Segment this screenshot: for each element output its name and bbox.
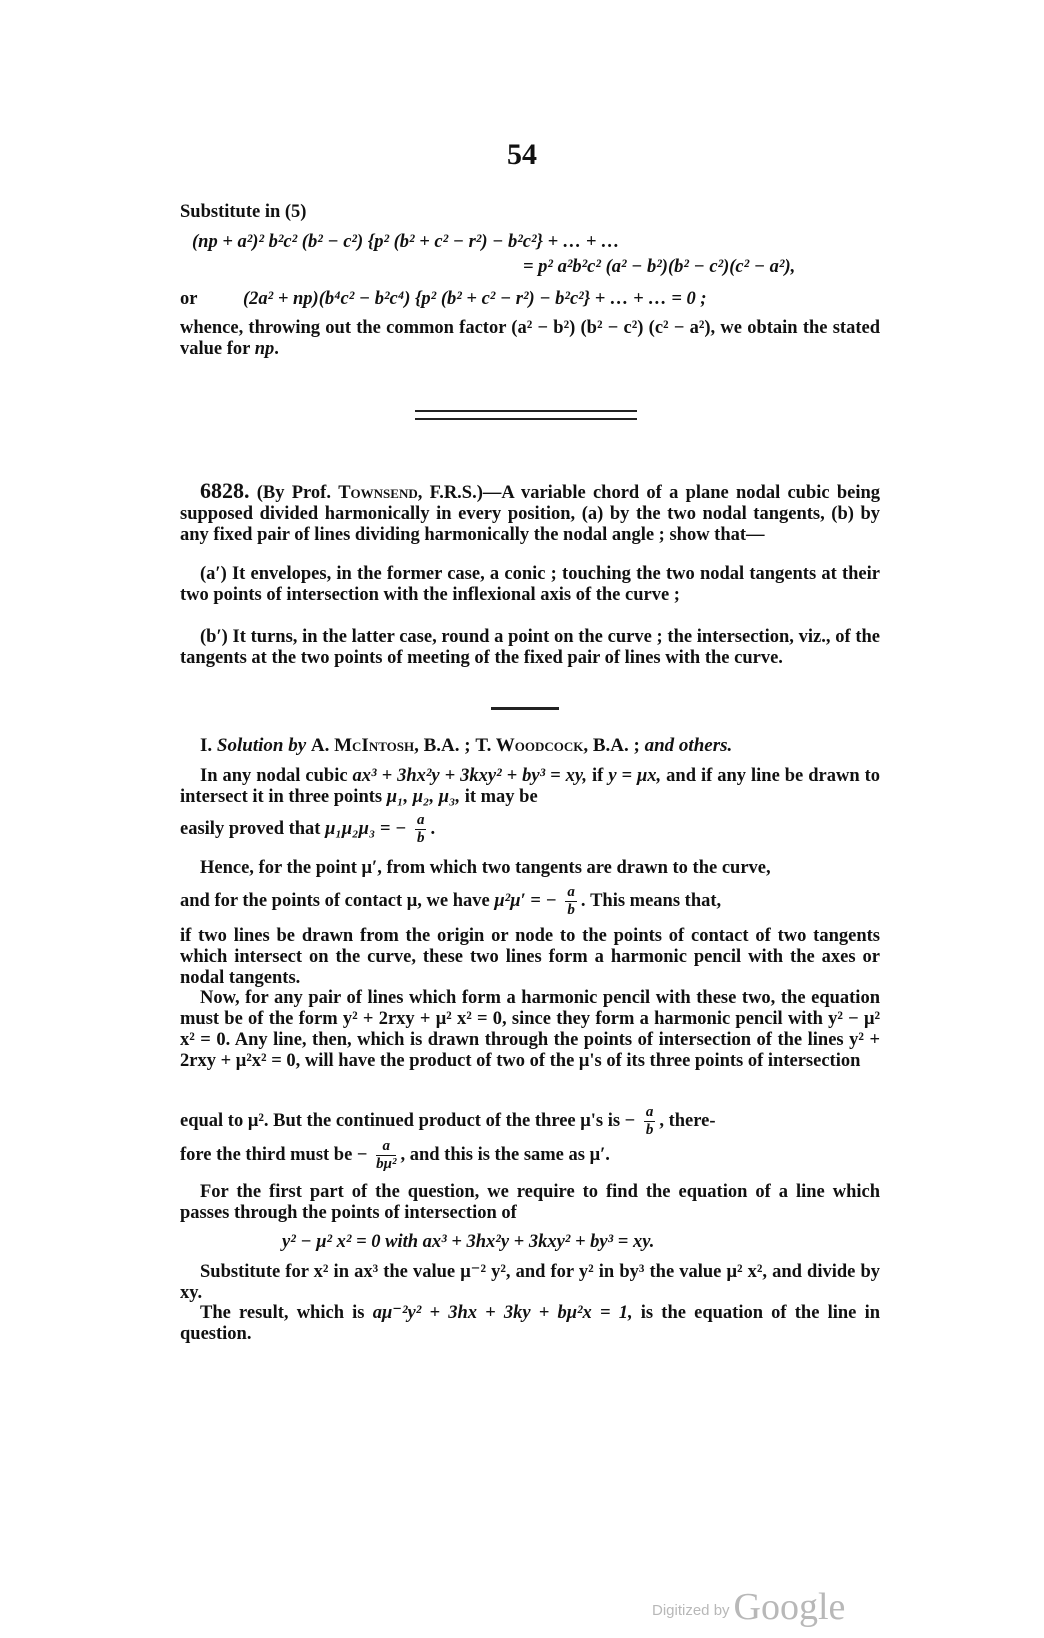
solution-paragraph-7: Substitute for x² in ax³ the value μ⁻² y… <box>180 1262 880 1304</box>
fraction-a-over-b-3: ab <box>644 1104 656 1139</box>
solution-paragraph-5: fore the third must be − abμ², and this … <box>180 1138 880 1173</box>
p1-text-may: it may be <box>465 787 538 807</box>
solution-others: and others. <box>645 735 733 756</box>
question-number: 6828. <box>200 478 250 503</box>
conclusion-period: . <box>274 339 279 359</box>
fraction-denominator: b <box>415 830 427 847</box>
conclusion-paragraph: whence, throwing out the common factor (… <box>180 318 880 360</box>
p1-mus: μ₁, μ₂, μ₃, <box>387 787 460 807</box>
or-label: or <box>180 289 220 310</box>
conclusion-variable: np <box>255 339 275 359</box>
fraction-denominator: bμ² <box>376 1156 396 1173</box>
solution-by: Solution by <box>217 735 306 756</box>
solution-paragraph-6: For the first part of the question, we r… <box>180 1182 880 1224</box>
fraction-a-over-b-mu-squared: abμ² <box>376 1138 396 1173</box>
google-logo: Google <box>734 1586 846 1628</box>
display-equation: y² − μ² x² = 0 with ax³ + 3hx²y + 3kxy² … <box>282 1232 654 1253</box>
solution-divider <box>491 707 559 710</box>
solver-1-degree: , B.A. ; <box>414 735 470 756</box>
solver-1: A. McIntosh <box>311 735 414 756</box>
fraction-a-over-b: ab <box>415 812 427 847</box>
section-divider <box>415 410 637 420</box>
fraction-numerator: a <box>644 1104 656 1122</box>
fraction-denominator: b <box>565 902 577 919</box>
p4-text: equal to μ². But the continued product o… <box>180 1111 635 1131</box>
fraction-numerator: a <box>415 812 427 830</box>
solution-paragraph-1-end: easily proved that μ₁μ₂μ₃ = − ab. <box>180 812 880 847</box>
p2-text: and for the points of contact μ, we have <box>180 891 490 911</box>
question-by: (By Prof. <box>257 483 331 503</box>
solution-number: I. <box>200 735 212 756</box>
equation-2: (2a² + np)(b⁴c² − b²c⁴) {p² (b² + c² − r… <box>243 289 707 310</box>
fraction-numerator: a <box>376 1138 396 1156</box>
solution-paragraph-2-line-2: and for the points of contact μ, we have… <box>180 884 880 919</box>
conclusion-text: whence, throwing out the common factor (… <box>180 318 880 359</box>
p1-line-equation: y = μx, <box>608 766 661 786</box>
p1-product-equation: μ₁μ₂μ₃ = − <box>325 819 406 839</box>
p8-text: The result, which is <box>200 1303 365 1323</box>
question-part-b: (b′) It turns, in the latter case, round… <box>180 627 880 669</box>
solution-paragraph-8: The result, which is aμ⁻²y² + 3hx + 3ky … <box>180 1303 880 1345</box>
fraction-numerator: a <box>565 884 577 902</box>
solution-heading: I. Solution by A. McIntosh, B.A. ; T. Wo… <box>180 735 880 756</box>
fraction-denominator: b <box>644 1122 656 1139</box>
solution-paragraph-4: equal to μ². But the continued product o… <box>180 1104 880 1139</box>
substitute-intro: Substitute in (5) <box>180 202 880 223</box>
solution-paragraph-2-line-1: Hence, for the point μ′, from which two … <box>180 858 880 879</box>
solver-2: T. Woodcock <box>475 735 583 756</box>
p2-text-means: . This means that, <box>581 891 721 911</box>
p5-text: fore the third must be − <box>180 1145 367 1165</box>
p4-text-therefore: , there- <box>659 1111 715 1131</box>
p5-text-same: , and this is the same as μ′. <box>400 1145 609 1165</box>
solution-paragraph-2-rest: if two lines be drawn from the origin or… <box>180 926 880 989</box>
question-part-a: (a′) It envelopes, in the former case, a… <box>180 564 880 606</box>
p1-text: In any nodal cubic <box>200 766 348 786</box>
p1-cubic-equation: ax³ + 3hx²y + 3kxy² + by³ = xy, <box>353 766 587 786</box>
equation-1-line-1: (np + a²)² b²c² (b² − c²) {p² (b² + c² −… <box>192 232 620 253</box>
digitized-by-label: Digitized by <box>652 1602 730 1619</box>
solution-paragraph-1: In any nodal cubic ax³ + 3hx²y + 3kxy² +… <box>180 766 880 808</box>
question-6828: 6828. (By Prof. Townsend, F.R.S.)—A vari… <box>180 480 880 546</box>
p1-text-proved: easily proved that <box>180 819 320 839</box>
page-number: 54 <box>0 138 1044 172</box>
digitized-by-google-watermark: Digitized by Google <box>652 1585 845 1629</box>
equation-1-line-2: = p² a²b²c² (a² − b²)(b² − c²)(c² − a²), <box>523 257 795 278</box>
fraction-a-over-b-2: ab <box>565 884 577 919</box>
solver-2-degree: , B.A. ; <box>583 735 639 756</box>
p2-equation: μ²μ′ = − <box>494 891 556 911</box>
p1-text-if: if <box>592 766 603 786</box>
p8-result-equation: aμ⁻²y² + 3hx + 3ky + bμ²x = 1, <box>373 1303 633 1323</box>
solution-paragraph-3: Now, for any pair of lines which form a … <box>180 988 880 1072</box>
question-author: Townsend <box>338 483 418 503</box>
